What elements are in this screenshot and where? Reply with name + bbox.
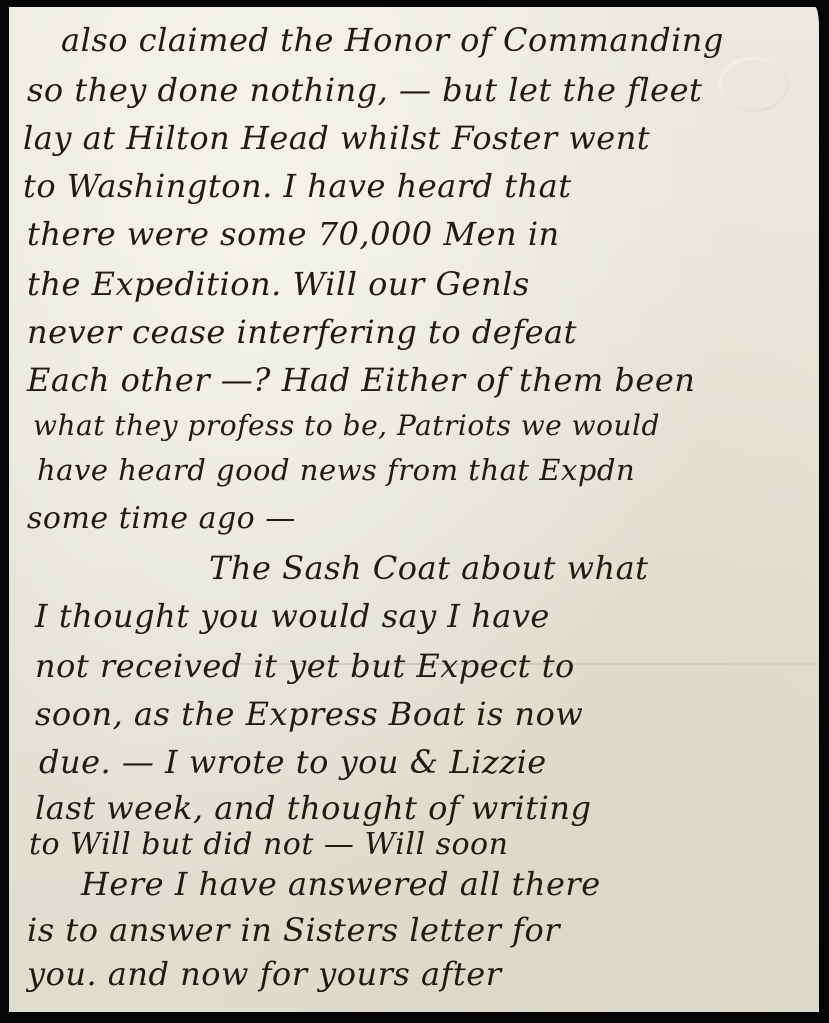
letter-line-8: Each other —? Had Either of them been — [27, 361, 695, 399]
letter-line-16: due. — I wrote to you & Lizzie — [39, 743, 547, 781]
letter-line-14: not received it yet but Expect to — [35, 647, 575, 685]
letter-line-9: what they profess to be, Patriots we wou… — [33, 409, 660, 442]
letter-line-21: you. and now for yours after — [27, 955, 502, 993]
letter-line-15: soon, as the Express Boat is now — [35, 695, 583, 733]
letter-line-5: there were some 70,000 Men in — [27, 215, 560, 253]
letter-line-6: the Expedition. Will our Genls — [27, 265, 530, 303]
letter-line-17: last week, and thought of writing — [35, 789, 591, 827]
letter-line-13: I thought you would say I have — [35, 597, 550, 635]
letter-line-11: some time ago — — [27, 501, 296, 536]
letter-line-7: never cease interfering to defeat — [27, 313, 577, 351]
letter-line-4: to Washington. I have heard that — [23, 167, 572, 205]
letter-line-20: is to answer in Sisters letter for — [27, 911, 560, 949]
letter-line-2: so they done nothing, — but let the flee… — [27, 71, 702, 109]
embossed-stamp — [719, 57, 789, 112]
letter-line-1: also claimed the Honor of Commanding — [61, 21, 724, 59]
letter-page: also claimed the Honor of Commanding so … — [9, 7, 819, 1012]
letter-line-12: The Sash Coat about what — [209, 549, 649, 587]
letter-line-10: have heard good news from that Expdn — [37, 453, 635, 487]
letter-line-3: lay at Hilton Head whilst Foster went — [23, 119, 650, 157]
letter-line-19: Here I have answered all there — [81, 865, 601, 903]
letter-line-18: to Will but did not — Will soon — [29, 827, 508, 862]
